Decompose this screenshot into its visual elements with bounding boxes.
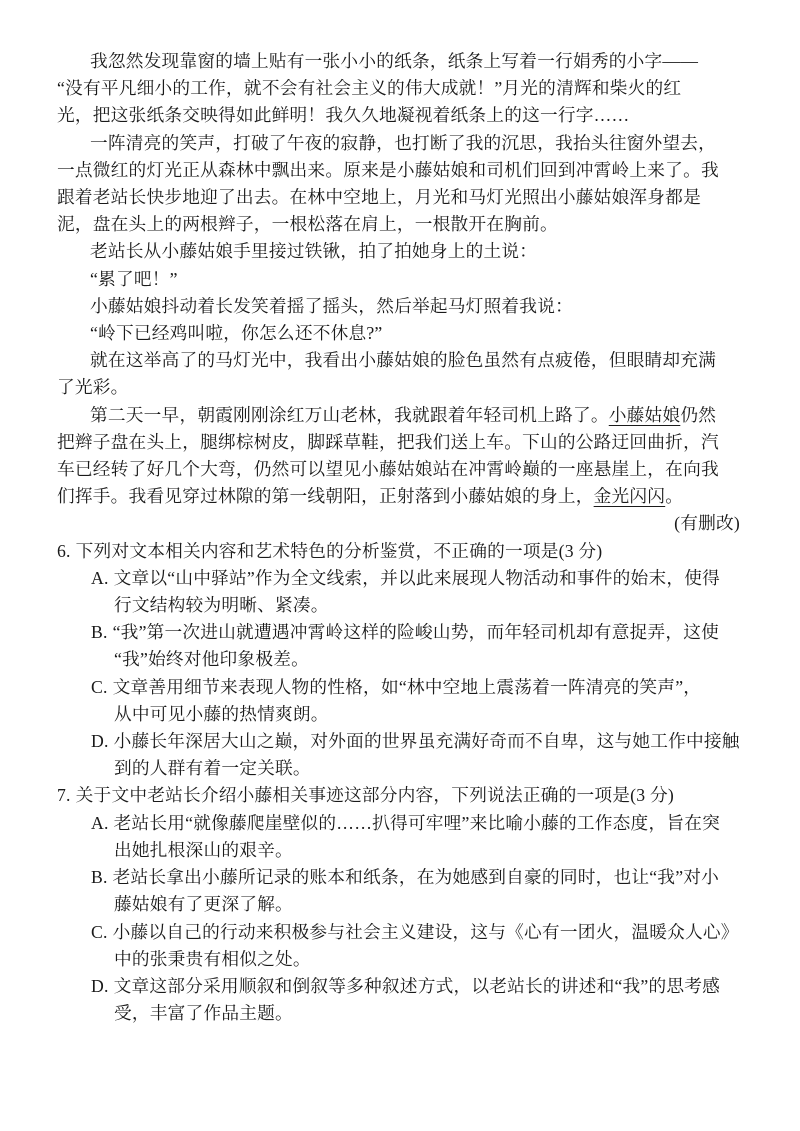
question-7-number: 7. bbox=[57, 785, 71, 805]
reading-passage: 我忽然发现靠窗的墙上贴有一张小小的纸条，纸条上写着一行娟秀的小字—— “没有平凡… bbox=[57, 48, 740, 538]
passage-line: 老站长从小藤姑娘手里接过铁锹，拍了拍她身上的土说： bbox=[57, 238, 740, 265]
passage-dialogue-line: “岭下已经鸡叫啦，你怎么还不休息?” bbox=[57, 320, 740, 347]
passage-line: 小藤姑娘抖动着长发笑着摇了摇头，然后举起马灯照着我说： bbox=[57, 293, 740, 320]
passage-text: 第二天一早，朝霞刚刚涂红万山老林，我就跟着年轻司机上路了。 bbox=[90, 405, 609, 425]
option-d-label: D. bbox=[91, 731, 109, 751]
option-c-text: 小藤以自己的行动来积极参与社会主义建设，这与《心有一团火，温暖众人心》 bbox=[113, 922, 739, 942]
question-6: 6.下列对文本相关内容和艺术特色的分析鉴赏，不正确的一项是(3 分) A.文章以… bbox=[57, 538, 740, 783]
source-note: (有删改) bbox=[57, 510, 740, 537]
question-6-number: 6. bbox=[57, 541, 71, 561]
underlined-phrase-xiaoteng: 小藤姑娘 bbox=[609, 405, 681, 425]
option-c-text: 文章善用细节来表现人物的性格，如“林中空地上震荡着一阵清亮的笑声”， bbox=[113, 677, 702, 697]
question-7-option-a: A.老站长用“就像藤爬崖壁似的……扒得可牢哩”来比喻小藤的工作态度，旨在突 bbox=[57, 810, 740, 837]
option-a-text: 老站长用“就像藤爬崖壁似的……扒得可牢哩”来比喻小藤的工作态度，旨在突 bbox=[114, 813, 720, 833]
passage-line: 车已经转了好几个大弯，仍然可以望见小藤姑娘站在冲霄岭巅的一座悬崖上，在向我 bbox=[57, 456, 740, 483]
passage-line: 泥，盘在头上的两根辫子，一根松落在肩上，一根散开在胸前。 bbox=[57, 211, 740, 238]
underlined-phrase-jinguang: 金光闪闪 bbox=[594, 486, 666, 506]
option-d-label: D. bbox=[91, 976, 109, 996]
option-b-text: “我”第一次进山就遭遇冲霄岭这样的险峻山势，而年轻司机却有意捉弄，这使 bbox=[113, 622, 719, 642]
option-c-label: C. bbox=[91, 922, 108, 942]
question-6-stem: 6.下列对文本相关内容和艺术特色的分析鉴赏，不正确的一项是(3 分) bbox=[57, 538, 740, 565]
passage-line: 我忽然发现靠窗的墙上贴有一张小小的纸条，纸条上写着一行娟秀的小字—— bbox=[57, 48, 740, 75]
option-a-label: A. bbox=[91, 813, 109, 833]
question-7-stem: 7.关于文中老站长介绍小藤相关事迹这部分内容，下列说法正确的一项是(3 分) bbox=[57, 782, 740, 809]
question-7-option-b-cont: 藤姑娘有了更深了解。 bbox=[57, 891, 740, 918]
exam-page: 我忽然发现靠窗的墙上贴有一张小小的纸条，纸条上写着一行娟秀的小字—— “没有平凡… bbox=[57, 48, 740, 1027]
passage-text: 们挥手。我看见穿过林隙的第一线朝阳，正射落到小藤姑娘的身上， bbox=[57, 486, 594, 506]
passage-line: 光，把这张纸条交映得如此鲜明！我久久地凝视着纸条上的这一行字…… bbox=[57, 102, 740, 129]
question-7-option-b: B.老站长拿出小藤所记录的账本和纸条，在为她感到自豪的同时，也让“我”对小 bbox=[57, 864, 740, 891]
passage-line: 把辫子盘在头上，腿绑棕树皮，脚踩草鞋，把我们送上车。下山的公路迂回曲折，汽 bbox=[57, 429, 740, 456]
passage-line: 一阵清亮的笑声，打破了午夜的寂静，也打断了我的沉思，我抬头往窗外望去， bbox=[57, 130, 740, 157]
question-6-option-d: D.小藤长年深居大山之巅，对外面的世界虽充满好奇而不自卑，这与她工作中接触 bbox=[57, 728, 740, 755]
passage-line: 跟着老站长快步地迎了出去。在林中空地上，月光和马灯光照出小藤姑娘浑身都是 bbox=[57, 184, 740, 211]
option-b-text: 老站长拿出小藤所记录的账本和纸条，在为她感到自豪的同时，也让“我”对小 bbox=[113, 867, 719, 887]
passage-line: 了光彩。 bbox=[57, 374, 740, 401]
question-6-option-b-cont: “我”始终对他印象极差。 bbox=[57, 646, 740, 673]
option-b-label: B. bbox=[91, 867, 108, 887]
question-7-option-a-cont: 出她扎根深山的艰辛。 bbox=[57, 837, 740, 864]
question-6-option-c-cont: 从中可见小藤的热情爽朗。 bbox=[57, 701, 740, 728]
question-6-stem-text: 下列对文本相关内容和艺术特色的分析鉴赏，不正确的一项是(3 分) bbox=[76, 541, 603, 561]
option-b-label: B. bbox=[91, 622, 108, 642]
question-7-option-c-cont: 中的张秉贵有相似之处。 bbox=[57, 946, 740, 973]
option-a-text: 文章以“山中驿站”作为全文线索，并以此来展现人物活动和事件的始末，使得 bbox=[114, 568, 720, 588]
passage-line: 就在这举高了的马灯光中，我看出小藤姑娘的脸色虽然有点疲倦，但眼睛却充满 bbox=[57, 347, 740, 374]
option-a-label: A. bbox=[91, 568, 109, 588]
question-7-stem-text: 关于文中老站长介绍小藤相关事迹这部分内容，下列说法正确的一项是(3 分) bbox=[76, 785, 674, 805]
option-c-label: C. bbox=[91, 677, 108, 697]
question-6-option-d-cont: 到的人群有着一定关联。 bbox=[57, 755, 740, 782]
option-d-text: 文章这部分采用顺叙和倒叙等多种叙述方式，以老站长的讲述和“我”的思考感 bbox=[114, 976, 720, 996]
passage-dialogue-line: “累了吧！” bbox=[57, 266, 740, 293]
question-6-option-a-cont: 行文结构较为明晰、紧凑。 bbox=[57, 592, 740, 619]
question-7-option-d: D.文章这部分采用顺叙和倒叙等多种叙述方式，以老站长的讲述和“我”的思考感 bbox=[57, 973, 740, 1000]
passage-line: 一点微红的灯光正从森林中飘出来。原来是小藤姑娘和司机们回到冲霄岭上来了。我 bbox=[57, 157, 740, 184]
passage-text: 。 bbox=[665, 486, 683, 506]
question-7-option-d-cont: 受，丰富了作品主题。 bbox=[57, 1000, 740, 1027]
passage-line: 第二天一早，朝霞刚刚涂红万山老林，我就跟着年轻司机上路了。小藤姑娘仍然 bbox=[57, 402, 740, 429]
passage-text: 仍然 bbox=[680, 405, 716, 425]
question-6-option-b: B.“我”第一次进山就遭遇冲霄岭这样的险峻山势，而年轻司机却有意捉弄，这使 bbox=[57, 619, 740, 646]
passage-line: 们挥手。我看见穿过林隙的第一线朝阳，正射落到小藤姑娘的身上，金光闪闪。 bbox=[57, 483, 740, 510]
question-6-option-a: A.文章以“山中驿站”作为全文线索，并以此来展现人物活动和事件的始末，使得 bbox=[57, 565, 740, 592]
question-7-option-c: C.小藤以自己的行动来积极参与社会主义建设，这与《心有一团火，温暖众人心》 bbox=[57, 919, 740, 946]
passage-line: “没有平凡细小的工作，就不会有社会主义的伟大成就！”月光的清辉和柴火的红 bbox=[57, 75, 740, 102]
option-d-text: 小藤长年深居大山之巅，对外面的世界虽充满好奇而不自卑，这与她工作中接触 bbox=[114, 731, 740, 751]
question-7: 7.关于文中老站长介绍小藤相关事迹这部分内容，下列说法正确的一项是(3 分) A… bbox=[57, 782, 740, 1027]
question-6-option-c: C.文章善用细节来表现人物的性格，如“林中空地上震荡着一阵清亮的笑声”， bbox=[57, 674, 740, 701]
